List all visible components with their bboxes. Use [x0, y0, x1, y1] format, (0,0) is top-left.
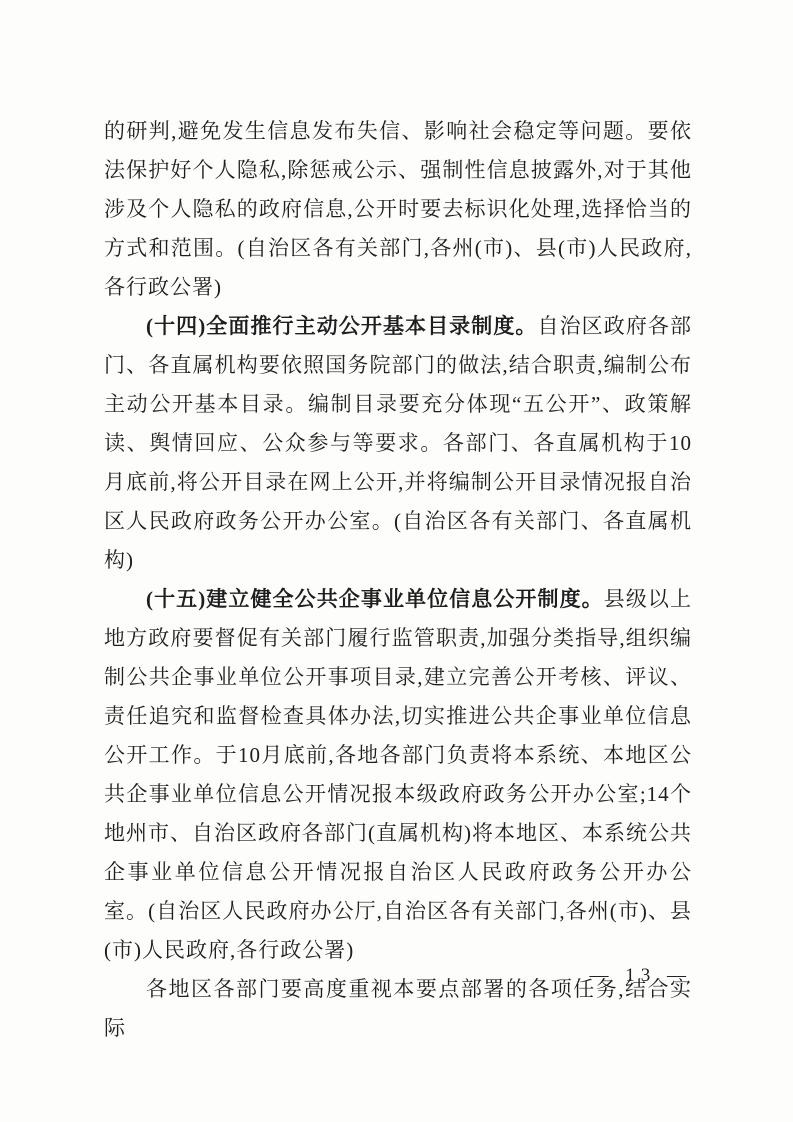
item-15-heading: (十五)建立健全公共企事业单位信息公开制度。: [146, 587, 604, 611]
document-page: 的研判,避免发生信息发布失信、影响社会稳定等问题。要依法保护好个人隐私,除惩戒公…: [0, 0, 793, 1122]
item-14-body-text: 自治区政府各部门、各直属机构要依照国务院部门的做法,结合职责,编制公布主动公开基…: [104, 314, 692, 572]
document-body: 的研判,避免发生信息发布失信、影响社会稳定等问题。要依法保护好个人隐私,除惩戒公…: [104, 112, 692, 1048]
item-15-body-text: 县级以上地方政府要督促有关部门履行监管职责,加强分类指导,组织编制公共企事业单位…: [104, 587, 692, 962]
paragraph-item-14: (十四)全面推行主动公开基本目录制度。自治区政府各部门、各直属机构要依照国务院部…: [104, 307, 692, 580]
page-number: — 13 —: [104, 965, 692, 987]
paragraph-continuation: 的研判,避免发生信息发布失信、影响社会稳定等问题。要依法保护好个人隐私,除惩戒公…: [104, 112, 692, 307]
paragraph-item-15: (十五)建立健全公共企事业单位信息公开制度。县级以上地方政府要督促有关部门履行监…: [104, 580, 692, 970]
paragraph-continuation-text: 的研判,避免发生信息发布失信、影响社会稳定等问题。要依法保护好个人隐私,除惩戒公…: [104, 119, 692, 299]
item-14-heading: (十四)全面推行主动公开基本目录制度。: [146, 314, 538, 338]
